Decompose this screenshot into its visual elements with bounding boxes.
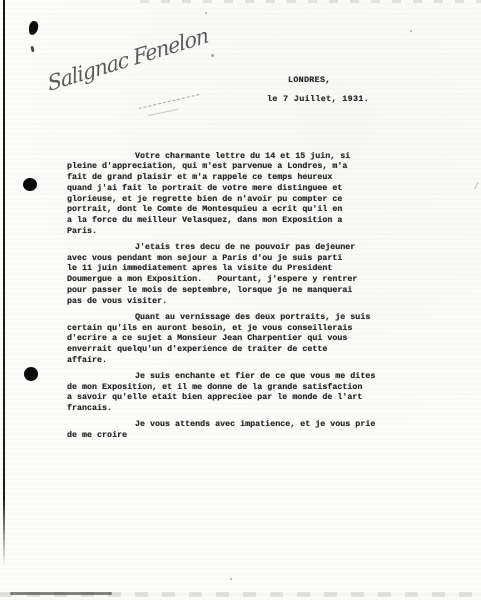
scanned-letter-page: Salignac Fenelon LONDRES, le 7 Juillet, … — [0, 0, 481, 600]
letter-line: de me croire — [67, 430, 387, 441]
ink-dot-lower — [24, 367, 38, 381]
paper-speck — [230, 578, 232, 580]
letter-line: avec vous pendant mon sejour a Paris d'o… — [67, 253, 387, 264]
letter-body: Votre charmante lettre du 14 et 15 juin,… — [67, 151, 387, 447]
signature-underline-flourish-2 — [148, 109, 178, 116]
letter-line: Je vous attends avec impatience, et je v… — [67, 419, 387, 430]
left-margin-scan-line — [3, 0, 5, 566]
paper-speck — [410, 30, 412, 32]
letter-line: affaire. — [67, 355, 387, 366]
letter-line: de mon Exposition, et il me donne de la … — [67, 382, 387, 393]
letter-line: pas de vous visiter. — [67, 296, 387, 307]
letter-line: glorieuse, et je regrette bien de n'avoi… — [67, 194, 387, 205]
paragraph: Quant au vernissage des deux portraits, … — [67, 312, 387, 366]
date-line: le 7 Juillet, 1931. — [267, 94, 369, 104]
letter-line: pleine d'appreciation, qui m'est parvenu… — [67, 161, 387, 172]
letter-line: fait de grand plaisir et m'a rappele ce … — [67, 172, 387, 183]
signature-ink-dot — [211, 54, 214, 57]
letter-line: certain qu'ils en auront besoin, et je v… — [67, 323, 387, 334]
right-edge-mark — [474, 182, 478, 189]
paragraph: Votre charmante lettre du 14 et 15 juin,… — [67, 151, 387, 237]
ink-blot-icon — [28, 20, 39, 35]
letter-line: Votre charmante lettre du 14 et 15 juin,… — [67, 151, 387, 162]
letter-line: Je suis enchante et fier de ce que vous … — [67, 371, 387, 382]
letter-line: quand j'ai fait le portrait de votre mer… — [67, 183, 387, 194]
letter-line: portrait, dont le Comte de Montesquieu a… — [67, 204, 387, 215]
scan-edge-bottom-dark-segment — [10, 592, 112, 595]
letter-line: Quant au vernissage des deux portraits, … — [67, 312, 387, 323]
letter-line: pour passer le mois de septembre, lorsqu… — [67, 285, 387, 296]
letter-line: a la force du meilleur Velasquez, dans m… — [67, 215, 387, 226]
paragraph: Je vous attends avec impatience, et je v… — [67, 419, 387, 441]
signature-underline-flourish — [139, 94, 200, 109]
scan-edge-top — [140, 0, 481, 3]
letter-line: a savoir qu'elle etait bien appreciee pa… — [67, 392, 387, 403]
paragraph: J'etais tres decu de ne pouvoir pas deje… — [67, 242, 387, 307]
handwritten-annotation: Salignac Fenelon — [46, 23, 210, 96]
letter-line: francais. — [67, 403, 387, 414]
letter-line: Paris. — [67, 226, 387, 237]
letter-line: enverrait quelqu'un d'experience de trai… — [67, 344, 387, 355]
paragraph: Je suis enchante et fier de ce que vous … — [67, 371, 387, 414]
letter-line: J'etais tres decu de ne pouvoir pas deje… — [67, 242, 387, 253]
letter-line: le 11 juin immediatement apres la visite… — [67, 263, 387, 274]
small-ink-mark — [30, 46, 34, 52]
place-line: LONDRES, — [288, 75, 331, 85]
letter-line: d'ecrire a ce sujet a Monsieur Jean Char… — [67, 333, 387, 344]
ink-dot-upper — [23, 178, 37, 191]
letter-line: Doumergue a mon Exposition. Pourtant, j'… — [67, 274, 387, 285]
paper-speck — [205, 12, 207, 14]
